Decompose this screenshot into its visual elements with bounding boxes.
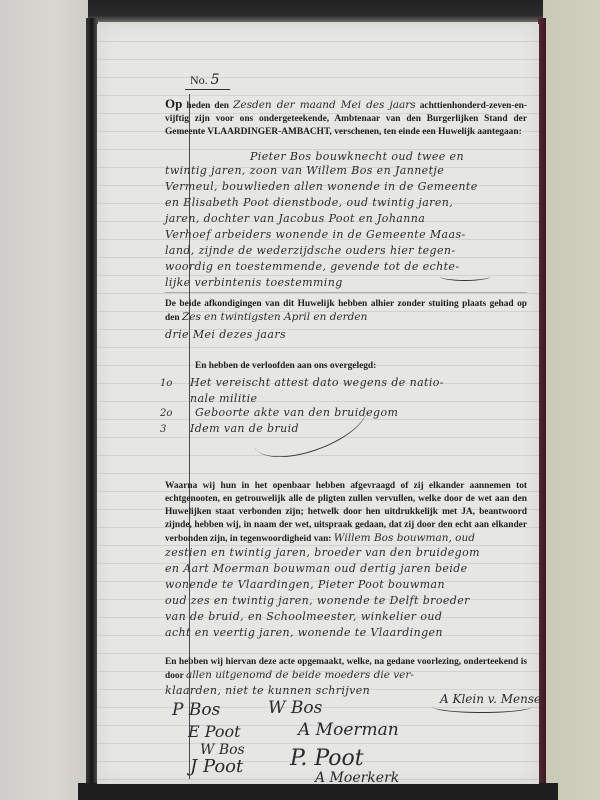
signature: A Moerman [298,720,399,740]
handwritten-line: oud zes en twintig jaren, wonende te Del… [165,593,527,609]
handwritten-line: van de bruid, en Schoolmeester, winkelie… [165,609,527,625]
record-number-label: No. [190,73,208,87]
signature: J Poot [190,756,243,777]
paragraph-marriage-intro: Op heden den Zesden der maand Mei des ja… [165,97,527,139]
record-number: No. 5 [190,72,220,88]
initial-word: Op [165,96,182,111]
signature: E Poot [188,722,241,741]
paragraph-vows: Waarna wij hun in het openbaar hebben af… [165,480,527,546]
document-item: Geboorte akte van den bruidegom [195,405,557,421]
handwritten-date: Zesden der maand Mei des jaars [233,99,416,111]
handwritten-line: acht en veertig jaren, wonende te Vlaard… [165,625,527,641]
signature: A Moerkerk [315,770,399,786]
handwritten-line: Verhoef arbeiders wonende in de Gemeente… [165,227,527,243]
flourish [440,272,490,281]
paragraph-signing: En hebben wij hiervan deze acte opgemaak… [165,656,527,683]
list-marker: 1o [160,378,172,389]
signature: P Bos [172,700,220,720]
handwritten-note: allen uitgenomd de beide moeders die ver… [186,669,414,681]
handwritten-dates: Zes en twintigsten April en derden [182,311,367,323]
handwritten-line: en Elisabeth Poot dienstbode, oud twinti… [165,195,527,211]
handwritten-line: zestien en twintig jaren, broeder van de… [165,545,527,561]
handwritten-line: jaren, dochter van Jacobus Poot en Johan… [165,211,527,227]
background-left [0,0,92,800]
record-number-underline [185,89,230,90]
printed-text: heden den [186,101,229,111]
handwritten-line: drie Mei dezes jaars [165,327,527,343]
municipality-name: VLAARDINGER-AMBACHT [207,127,329,137]
record-number-value: 5 [211,72,220,88]
handwritten-line: wonende te Vlaardingen, Pieter Poot bouw… [165,577,527,593]
signature: P. Poot [290,746,364,771]
handwritten-line: Vermeul, bouwlieden allen wonende in de … [165,179,527,195]
document-item: Idem van de bruid [190,421,552,437]
paragraph-documents-heading: En hebben de verloofden aan ons overgele… [195,360,557,373]
handwritten-witness: Willem Bos bouwman, oud [334,532,475,544]
separator-line [165,292,527,293]
list-marker: 3 [160,424,166,435]
handwritten-line: land, zijnde de wederzijdsche ouders hie… [165,243,527,259]
signature-flourish [432,700,532,713]
paragraph-banns: De beide afkondigingen van dit Huwelijk … [165,298,527,325]
handwritten-line: en Aart Moerman bouwman oud dertig jaren… [165,561,527,577]
list-marker: 2o [160,408,172,419]
signature: W Bos [268,698,322,718]
printed-text: , verschenen, ten einde een Huwelijk aan… [330,127,522,137]
handwritten-line: twintig jaren, zoon van Willem Bos en Ja… [165,163,527,179]
binder-edge-top [88,0,543,22]
